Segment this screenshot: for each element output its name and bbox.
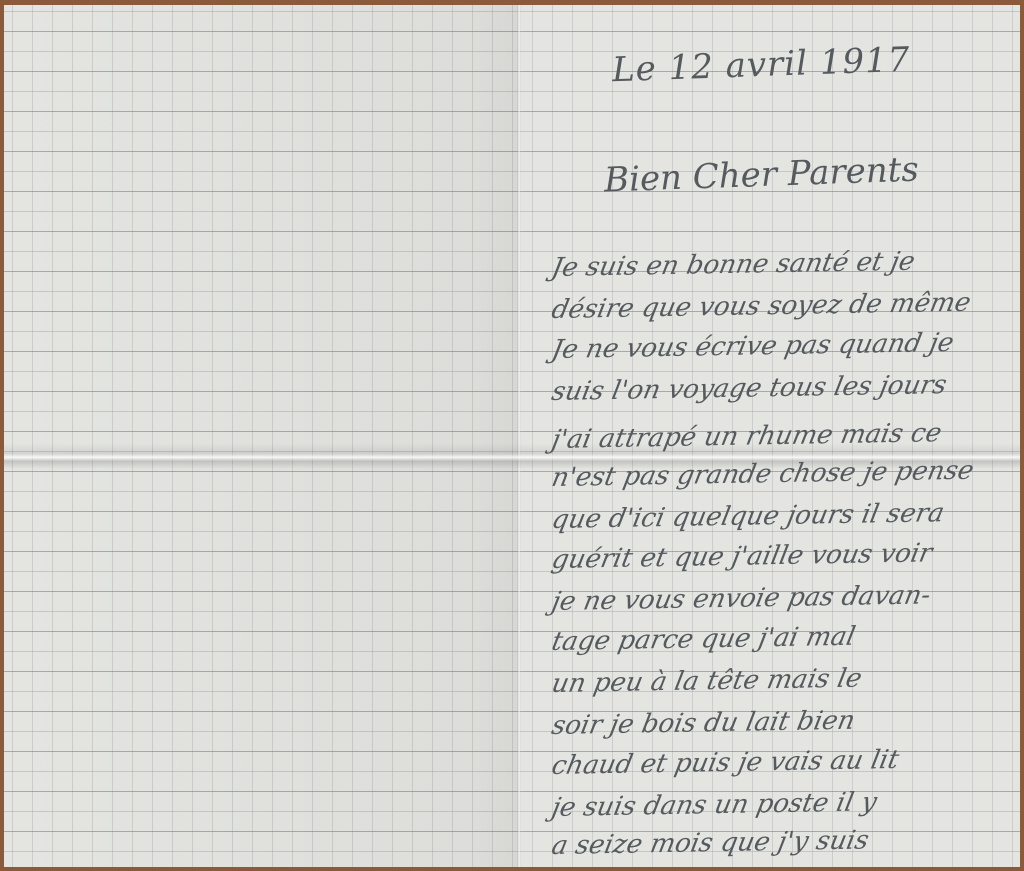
letter-line: un peu à la tête mais le [549, 664, 864, 699]
letter-line: j'ai attrapé un rhume mais ce [549, 418, 944, 455]
letter-salutation: Bien Cher Parents [603, 150, 919, 201]
blank-left-page [4, 5, 519, 867]
vertical-fold-crease [517, 5, 521, 867]
letter-line: suis l'on voyage tous les jours [549, 370, 949, 407]
letter-line: je suis dans un poste il y [549, 787, 879, 823]
letter-line: tage parce que j'ai mal [549, 622, 858, 657]
letter-line: chaud et puis je vais au lit [549, 745, 901, 781]
letter-line: n'est pas grande chose je pense [549, 456, 976, 493]
letter-line: que d'ici quelque jours il sera [549, 498, 947, 535]
letter-line: Je ne vous écrive pas quand je [549, 328, 956, 365]
letter-line: soir je bois du lait bien [549, 706, 857, 741]
letter-date: Le 12 avril 1917 [611, 40, 911, 90]
letter-line: a seize mois que j'y suis [549, 825, 871, 860]
letter-sheet: Le 12 avril 1917 Bien Cher Parents Je su… [4, 5, 1020, 867]
letter-line: je ne vous envoie pas davan- [549, 580, 933, 617]
letter-line: désire que vous soyez de même [549, 288, 973, 325]
right-page-handwriting: Le 12 avril 1917 Bien Cher Parents Je su… [544, 5, 1024, 867]
letter-line: guérit et que j'aille vous voir [549, 538, 935, 575]
letter-line: Je suis en bonne santé et je [549, 247, 917, 283]
